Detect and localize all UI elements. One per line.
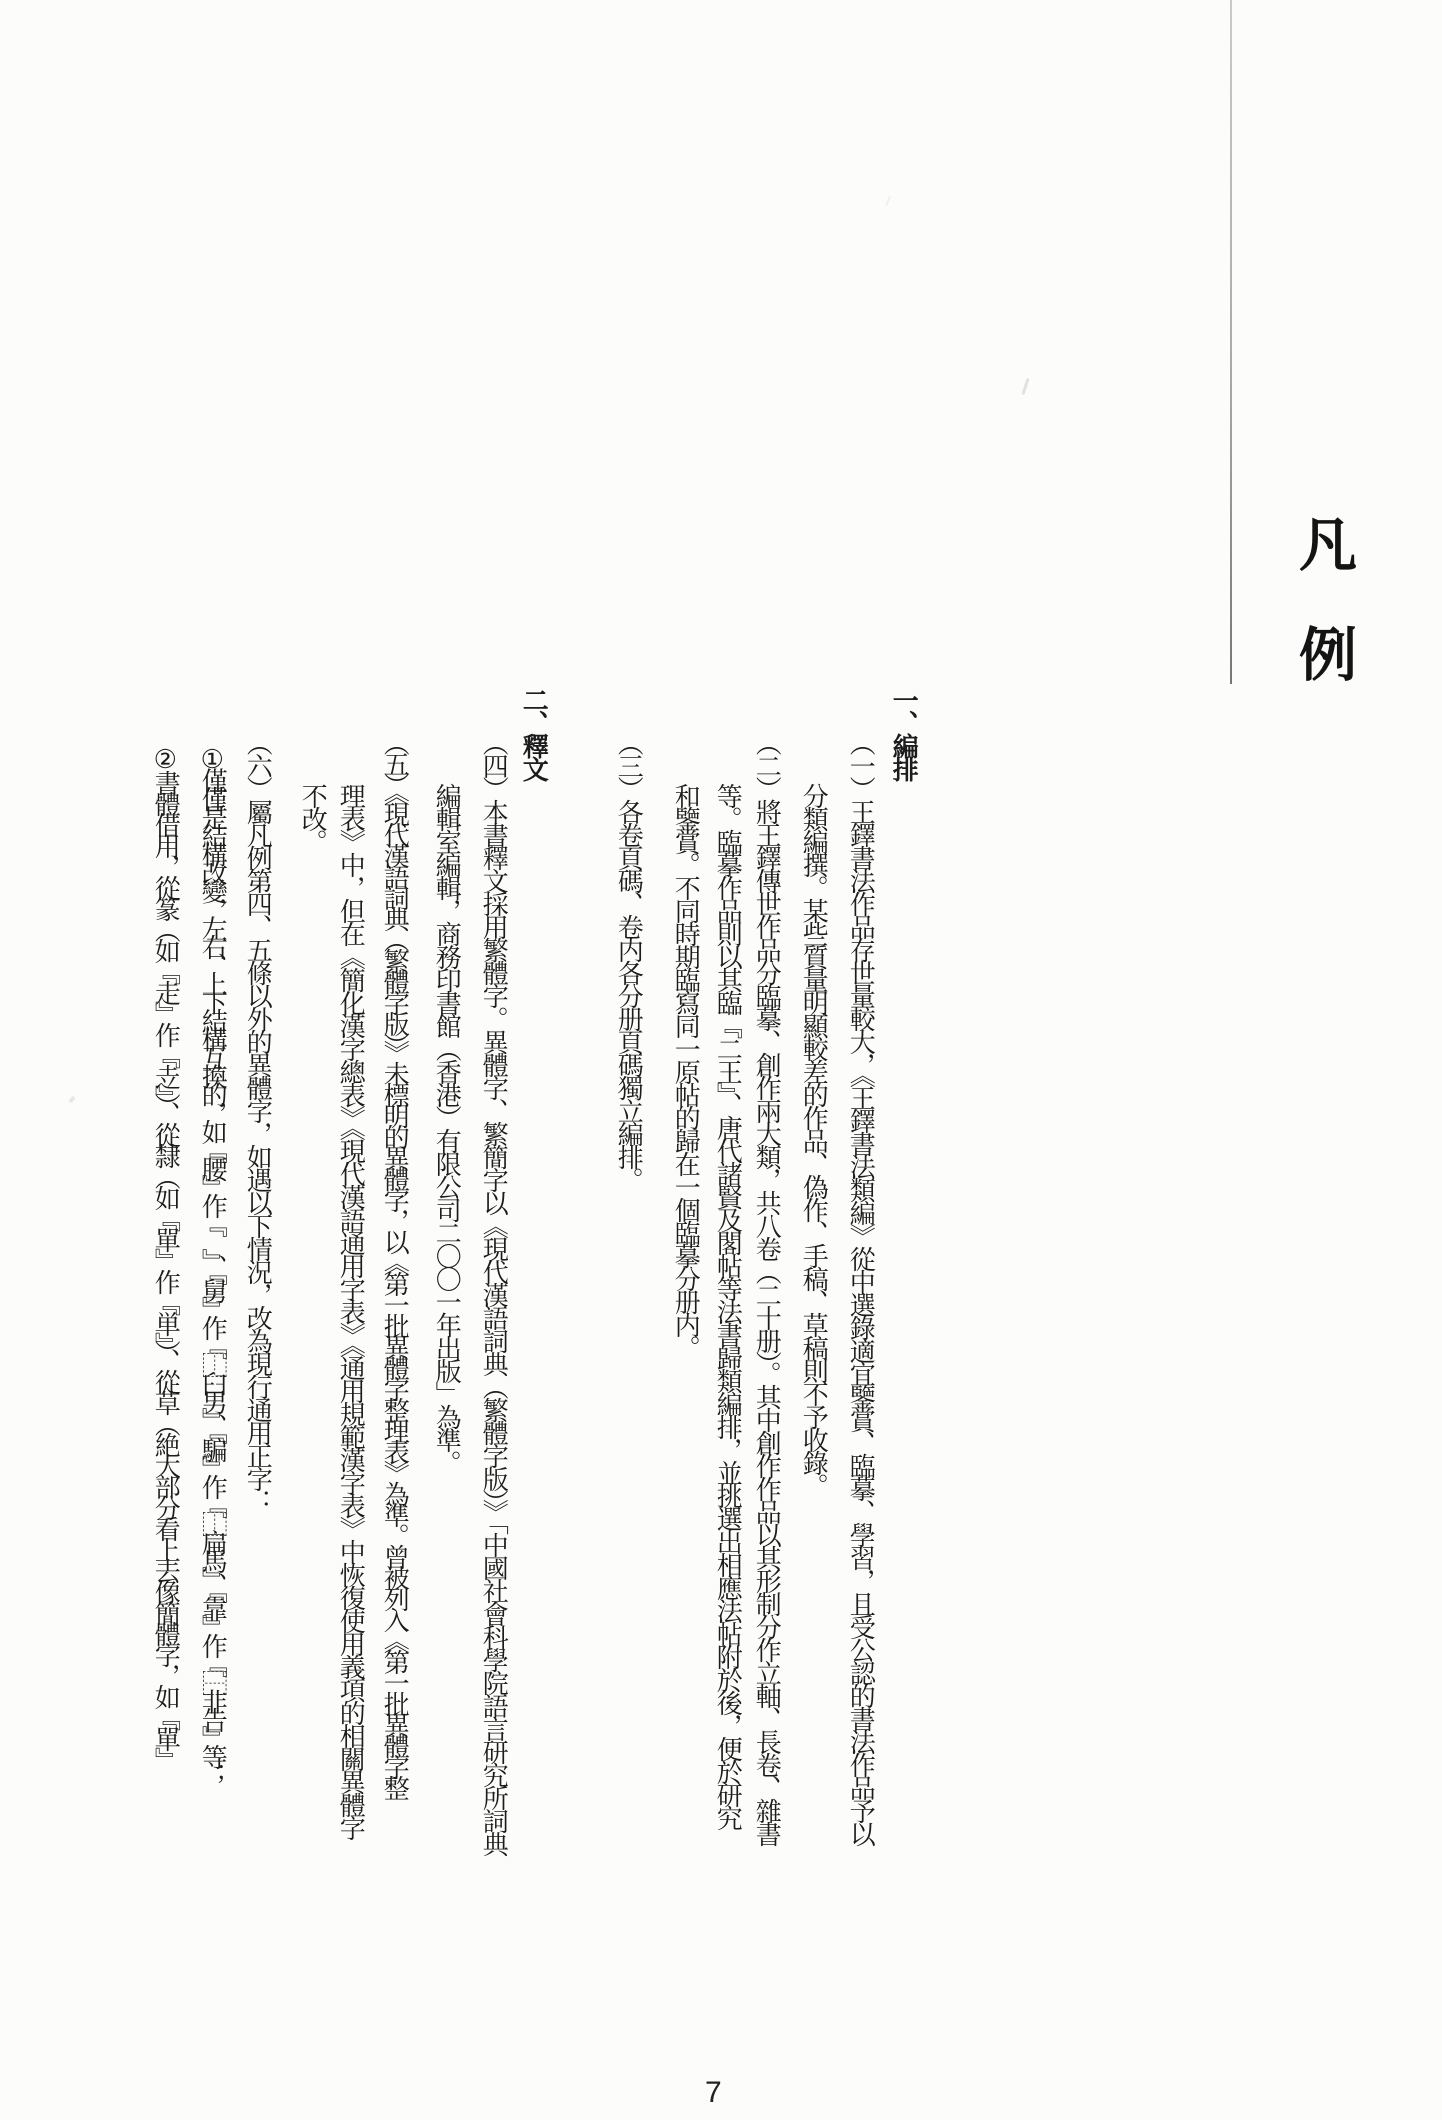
- item-7-line-1: 僅僅是結構改變，左右、上下結構互換的，如『腰』作『𦝫』、『舅』作『⿰臼男』、『騙…: [198, 768, 227, 1782]
- scanned-book-page: 凡例 一、編排 （一）王鐸書法作品存世量較大，《王鐸書法類編》從中選錄適宜鑒賞、…: [0, 0, 1442, 2120]
- item-5-line-2: 理表》中，但在《簡化漢字總表》《現代漢語通用字表》《通用規範漢字表》中恢復使用義…: [337, 783, 364, 1838]
- item-8-marker: ②: [151, 745, 180, 770]
- item-3-marker: （三）: [614, 730, 643, 799]
- item-8-column-1: ②書體借用，從篆（如『走』作『赱』）、從隸（如『單』作『単』）、從草（絶大部分看…: [152, 745, 179, 1768]
- scan-smudge: [885, 196, 891, 206]
- scan-smudge: [1021, 378, 1029, 395]
- item-3-line-1: 各卷頁碼、卷内各分册頁碼獨立編排。: [614, 799, 643, 1190]
- item-7-marker: ①: [198, 745, 227, 768]
- item-2-line-3: 和鑒賞。不同時期臨寫同一原帖的歸在一個臨摹分册内。: [672, 783, 699, 1358]
- page-title: 凡例: [1280, 514, 1364, 734]
- item-1-line-2: 分類編撰。某些質量明顯較差的作品、偽作、手稿、草稿則不予收錄。: [800, 783, 827, 1496]
- item-4-marker: （四）: [479, 730, 508, 799]
- item-2-marker: （二）: [752, 730, 781, 799]
- item-5-line-1: 《現代漢語詞典（繁體字版）》未標明的異體字，以《第一批異體字整理表》為準。曾被列…: [380, 793, 409, 1796]
- item-1-line-1: 王鐸書法作品存世量較大，《王鐸書法類編》從中選錄適宜鑒賞、臨摹、學習，且受公認的…: [846, 799, 875, 1844]
- item-2-line-2: 等。臨摹作品則以其臨『二王』、唐代諸賢及閣帖等法書歸類編排，並挑選出相應法帖附於…: [714, 783, 741, 1828]
- item-1-marker: （一）: [846, 730, 875, 799]
- section-1-heading: 一、編排: [890, 687, 917, 779]
- item-1-column-1: （一）王鐸書法作品存世量較大，《王鐸書法類編》從中選錄適宜鑒賞、臨摹、學習，且受…: [847, 730, 874, 1844]
- item-4-column-1: （四）本書釋文採用繁體字。異體字、繁簡字以《現代漢語詞典（繁體字版）》「中國社會…: [480, 730, 507, 1854]
- item-6-line-1: 屬凡例第四、五條以外的異體字，如遇以下情況，改為現行通用正字：: [243, 799, 272, 1512]
- item-6-column-1: （六）屬凡例第四、五條以外的異體字，如遇以下情況，改為現行通用正字：: [244, 730, 271, 1512]
- item-7-column-1: ①僅僅是結構改變，左右、上下結構互換的，如『腰』作『𦝫』、『舅』作『⿰臼男』、『…: [199, 745, 226, 1781]
- item-5-line-3: 不改。: [299, 783, 326, 852]
- item-3-column-1: （三）各卷頁碼、卷内各分册頁碼獨立編排。: [615, 730, 642, 1190]
- item-8-line-1: 書體借用，從篆（如『走』作『赱』）、從隸（如『單』作『単』）、從草（絶大部分看上…: [151, 770, 180, 1768]
- scan-artifact-line: [1230, 0, 1232, 684]
- item-4-line-1: 本書釋文採用繁體字。異體字、繁簡字以《現代漢語詞典（繁體字版）》「中國社會科學院…: [479, 799, 508, 1854]
- scan-smudge: [68, 1096, 76, 1104]
- item-5-column-1: （五）《現代漢語詞典（繁體字版）》未標明的異體字，以《第一批異體字整理表》為準。…: [381, 730, 408, 1796]
- item-4-line-2: 編輯室編輯，商務印書館（香港）有限公司二〇〇一年出版」為準。: [433, 783, 460, 1473]
- section-2-heading: 二、釋文: [520, 687, 547, 779]
- page-number: 7: [705, 2076, 722, 2110]
- item-5-marker: （五）: [380, 730, 409, 793]
- item-2-line-1: 將王鐸傳世作品分臨摹、創作兩大類，共八卷（二十册）。其中創作作品以其形制分作立軸…: [752, 799, 781, 1844]
- item-2-column-1: （二）將王鐸傳世作品分臨摹、創作兩大類，共八卷（二十册）。其中創作作品以其形制分…: [753, 730, 780, 1844]
- item-6-marker: （六）: [243, 730, 272, 799]
